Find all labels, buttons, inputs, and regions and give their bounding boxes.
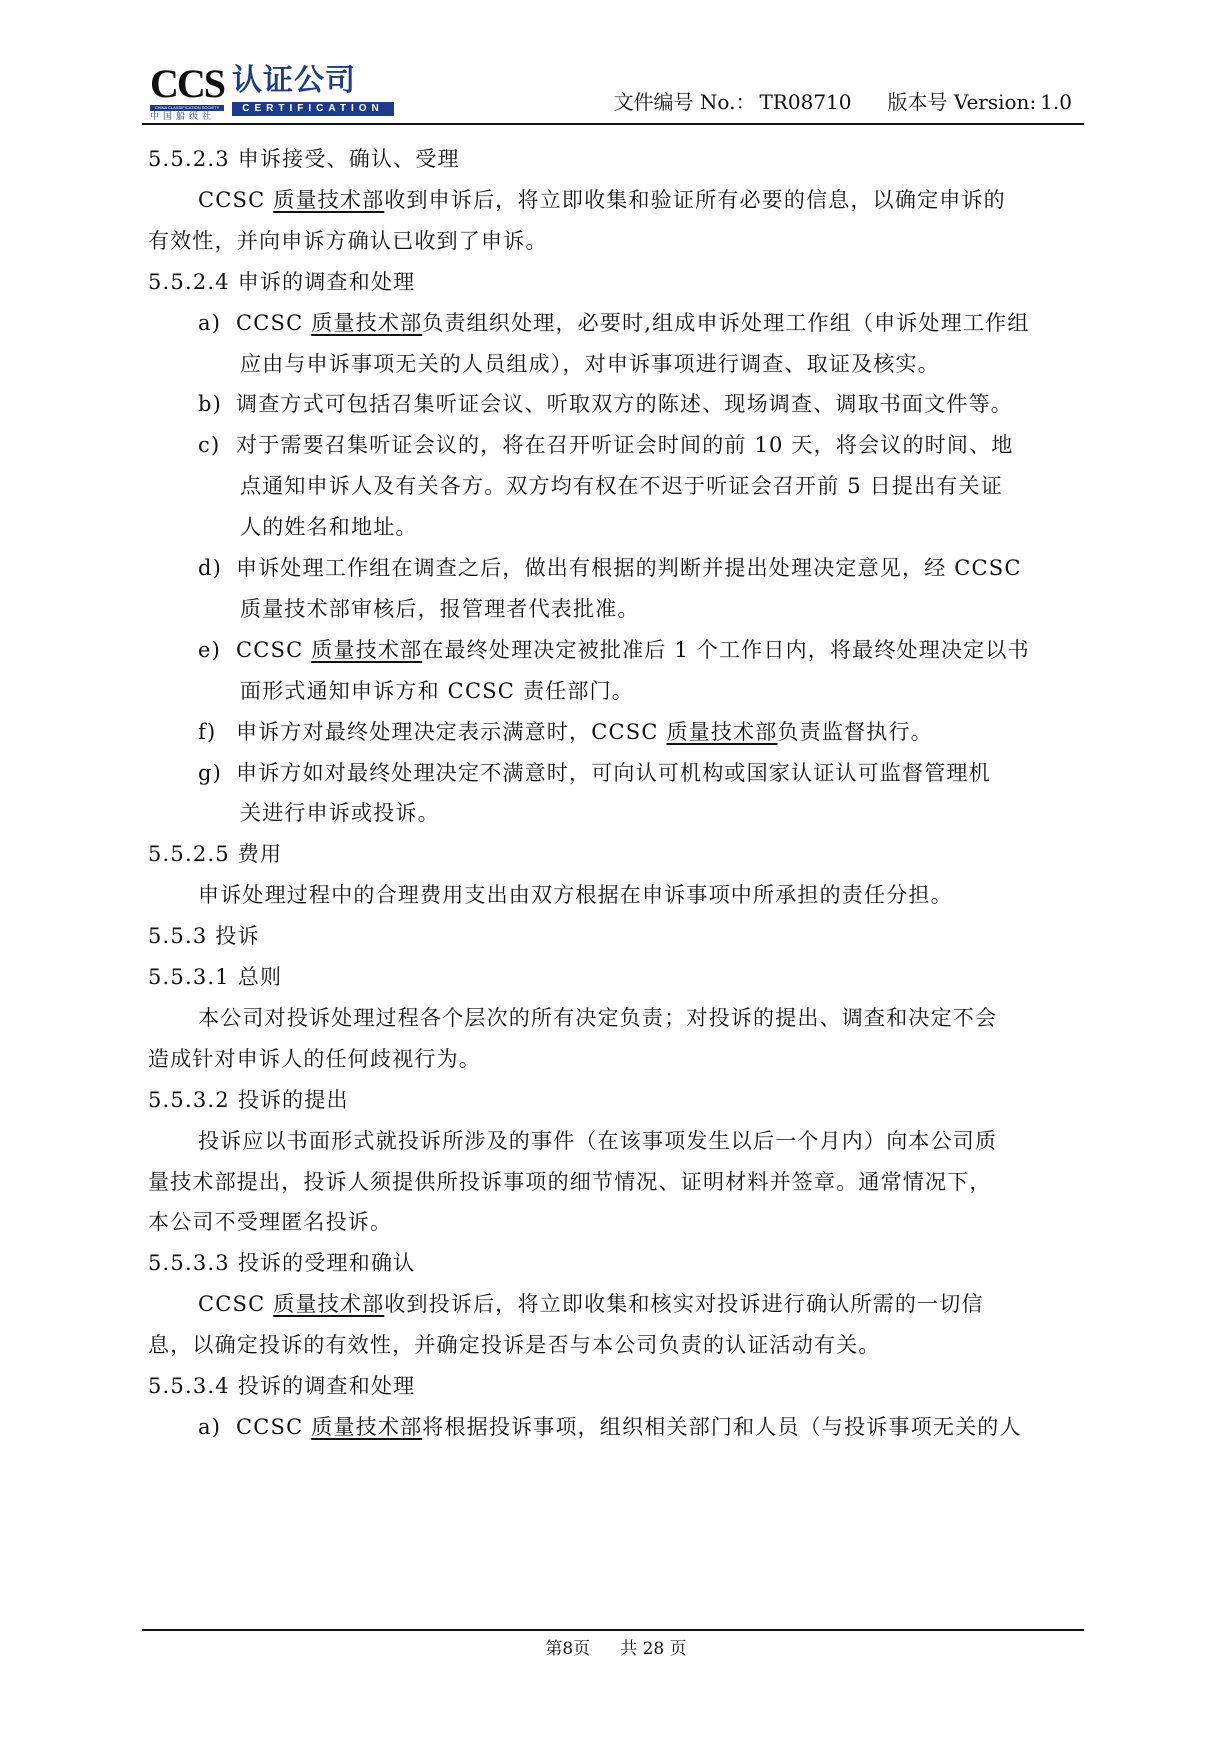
page-current: 第8页 [545, 1639, 590, 1659]
text-line: 面形式通知申诉方和 CCSC 责任部门。 [240, 678, 634, 704]
text-line: 人的姓名和地址。 [240, 514, 418, 540]
department-link-text: 质量技术部 [666, 720, 777, 744]
text-line: CCSC 质量技术部收到投诉后，将立即收集和核实对投诉进行确认所需的一切信 [198, 1291, 984, 1317]
text-line: d)申诉处理工作组在调查之后，做出有根据的判断并提出处理决定意见，经 CCSC [198, 555, 1022, 581]
logo-ccs-text: CCS [150, 64, 224, 104]
text-line: 应由与申诉事项无关的人员组成），对申诉事项进行调查、取证及核实。 [240, 351, 940, 377]
text-line: e)CCSC 质量技术部在最终处理决定被批准后 1 个工作日内，将最终处理决定以… [198, 637, 1030, 663]
page-header: CCS CHINA CLASSIFICATION SOCIETY 中国船级社 认… [148, 62, 1084, 122]
logo-society-cn: 中国船级社 [150, 112, 215, 122]
text-line: CCSC 质量技术部收到申诉后，将立即收集和验证所有必要的信息，以确定申诉的 [198, 187, 1006, 213]
line-text: 5.5.3.3 投诉的受理和确认 [148, 1251, 415, 1275]
section-heading: 5.5.3.4 投诉的调查和处理 [148, 1373, 415, 1399]
line-text: 本公司对投诉处理过程各个层次的所有决定负责；对投诉的提出、调查和决定不会 [198, 1006, 997, 1030]
line-text: 投诉应以书面形式就投诉所涉及的事件（在该事项发生以后一个月内）向本公司质 [198, 1129, 997, 1153]
list-item-label: b) [198, 391, 236, 417]
section-heading: 5.5.3.2 投诉的提出 [148, 1087, 349, 1113]
list-item-label: a) [198, 1414, 236, 1440]
section-heading: 5.5.2.5 费用 [148, 841, 282, 867]
text-line: c)对于需要召集听证会议的，将在召开听证会时间的前 10 天，将会议的时间、地 [198, 432, 1013, 458]
doc-no: TR08710 [759, 90, 851, 114]
doc-no-label: 文件编号 No.： [614, 90, 756, 114]
line-text: 申诉处理过程中的合理费用支出由双方根据在申诉事项中所承担的责任分担。 [198, 883, 953, 907]
list-item-label: a) [198, 310, 236, 336]
list-item-label: c) [198, 432, 236, 458]
line-text: 申诉处理工作组在调查之后，做出有根据的判断并提出处理决定意见，经 CCSC [236, 556, 1022, 580]
text-line: 本公司对投诉处理过程各个层次的所有决定负责；对投诉的提出、调查和决定不会 [198, 1005, 997, 1031]
line-text: 将根据投诉事项，组织相关部门和人员（与投诉事项无关的人 [422, 1415, 1021, 1439]
header-divider [142, 123, 1084, 125]
list-item-label: f) [198, 719, 236, 745]
line-text: 5.5.2.5 费用 [148, 842, 282, 866]
line-text: 负责组织处理，必要时,组成申诉处理工作组（申诉处理工作组 [422, 311, 1029, 335]
section-heading: 5.5.2.3 申诉接受、确认、受理 [148, 146, 460, 172]
list-item-label: d) [198, 555, 236, 581]
text-line: f)申诉方对最终处理决定表示满意时，CCSC 质量技术部负责监督执行。 [198, 719, 933, 745]
line-text: 量技术部提出，投诉人须提供所投诉事项的细节情况、证明材料并签章。通常情况下， [148, 1170, 992, 1194]
text-line: a)CCSC 质量技术部将根据投诉事项，组织相关部门和人员（与投诉事项无关的人 [198, 1414, 1022, 1440]
line-text: 5.5.3.4 投诉的调查和处理 [148, 1374, 415, 1398]
line-text: 收到申诉后，将立即收集和验证所有必要的信息，以确定申诉的 [384, 188, 1006, 212]
line-text: 人的姓名和地址。 [240, 515, 418, 539]
text-line: g)申诉方如对最终处理决定不满意时，可向认可机构或国家认证认可监督管理机 [198, 760, 991, 786]
org-prefix: CCSC [236, 311, 311, 335]
logo-certification: CERTIFICATION [232, 102, 394, 116]
version: 1.0 [1040, 90, 1072, 114]
line-text: 5.5.3 投诉 [148, 924, 260, 948]
line-text: 本公司不受理匿名投诉。 [148, 1210, 392, 1234]
line-text: 面形式通知申诉方和 CCSC 责任部门。 [240, 679, 634, 703]
ccs-certification-logo: CCS CHINA CLASSIFICATION SOCIETY 中国船级社 认… [148, 62, 408, 120]
line-text: 5.5.3.1 总则 [148, 965, 282, 989]
text-line: 点通知申诉人及有关各方。双方均有权在不迟于听证会召开前 5 日提出有关证 [240, 473, 1003, 499]
department-link-text: 质量技术部 [311, 311, 422, 335]
text-line: b)调查方式可包括召集听证会议、听取双方的陈述、现场调查、调取书面文件等。 [198, 391, 1013, 417]
department-link-text: 质量技术部 [273, 188, 384, 212]
line-text: 申诉方对最终处理决定表示满意时，CCSC [236, 720, 666, 744]
footer-divider [142, 1629, 1084, 1631]
text-line: a)CCSC 质量技术部负责组织处理，必要时,组成申诉处理工作组（申诉处理工作组 [198, 310, 1030, 336]
department-link-text: 质量技术部 [273, 1292, 384, 1316]
line-text: 点通知申诉人及有关各方。双方均有权在不迟于听证会召开前 5 日提出有关证 [240, 474, 1003, 498]
line-text: 应由与申诉事项无关的人员组成），对申诉事项进行调查、取证及核实。 [240, 352, 940, 376]
line-text: 收到投诉后，将立即收集和核实对投诉进行确认所需的一切信 [384, 1292, 983, 1316]
section-heading: 5.5.3.3 投诉的受理和确认 [148, 1250, 415, 1276]
text-line: 有效性，并向申诉方确认已收到了申诉。 [148, 228, 548, 254]
department-link-text: 质量技术部 [311, 638, 422, 662]
line-suffix: 负责监督执行。 [777, 720, 932, 744]
line-text: 5.5.3.2 投诉的提出 [148, 1088, 349, 1112]
line-text: 申诉方如对最终处理决定不满意时，可向认可机构或国家认证认可监督管理机 [236, 761, 991, 785]
page-footer: 第8页共 28 页 [0, 1638, 1232, 1660]
page-total: 共 28 页 [620, 1639, 686, 1659]
logo-society-en: CHINA CLASSIFICATION SOCIETY [150, 105, 224, 111]
line-text: 有效性，并向申诉方确认已收到了申诉。 [148, 229, 548, 253]
logo-company-cn: 认证公司 [232, 64, 356, 98]
line-text: 关进行申诉或投诉。 [240, 801, 440, 825]
text-line: 本公司不受理匿名投诉。 [148, 1209, 392, 1235]
org-prefix: CCSC [198, 1292, 273, 1316]
line-text: 息，以确定投诉的有效性，并确定投诉是否与本公司负责的认证活动有关。 [148, 1333, 881, 1357]
department-link-text: 质量技术部 [311, 1415, 422, 1439]
list-item-label: g) [198, 760, 236, 786]
section-heading: 5.5.2.4 申诉的调查和处理 [148, 269, 415, 295]
line-text: 调查方式可包括召集听证会议、听取双方的陈述、现场调查、调取书面文件等。 [236, 392, 1013, 416]
text-line: 质量技术部审核后，报管理者代表批准。 [240, 596, 640, 622]
text-line: 投诉应以书面形式就投诉所涉及的事件（在该事项发生以后一个月内）向本公司质 [198, 1128, 997, 1154]
line-text: 造成针对申诉人的任何歧视行为。 [148, 1047, 481, 1071]
org-prefix: CCSC [236, 638, 311, 662]
document-info: 文件编号 No.：TR08710版本号 Version:1.0 [610, 90, 1072, 114]
line-text: 质量技术部审核后，报管理者代表批准。 [240, 597, 640, 621]
org-prefix: CCSC [236, 1415, 311, 1439]
line-text: 对于需要召集听证会议的，将在召开听证会时间的前 10 天，将会议的时间、地 [236, 433, 1013, 457]
text-line: 造成针对申诉人的任何歧视行为。 [148, 1046, 481, 1072]
text-line: 量技术部提出，投诉人须提供所投诉事项的细节情况、证明材料并签章。通常情况下， [148, 1169, 992, 1195]
section-heading: 5.5.3.1 总则 [148, 964, 282, 990]
text-line: 关进行申诉或投诉。 [240, 800, 440, 826]
document-page: CCS CHINA CLASSIFICATION SOCIETY 中国船级社 认… [0, 0, 1232, 1743]
line-text: 5.5.2.3 申诉接受、确认、受理 [148, 147, 460, 171]
list-item-label: e) [198, 637, 236, 663]
text-line: 申诉处理过程中的合理费用支出由双方根据在申诉事项中所承担的责任分担。 [198, 882, 953, 908]
line-text: 在最终处理决定被批准后 1 个工作日内，将最终处理决定以书 [422, 638, 1030, 662]
org-prefix: CCSC [198, 188, 273, 212]
section-heading: 5.5.3 投诉 [148, 923, 260, 949]
version-label: 版本号 Version: [888, 90, 1037, 114]
line-text: 5.5.2.4 申诉的调查和处理 [148, 270, 415, 294]
text-line: 息，以确定投诉的有效性，并确定投诉是否与本公司负责的认证活动有关。 [148, 1332, 881, 1358]
